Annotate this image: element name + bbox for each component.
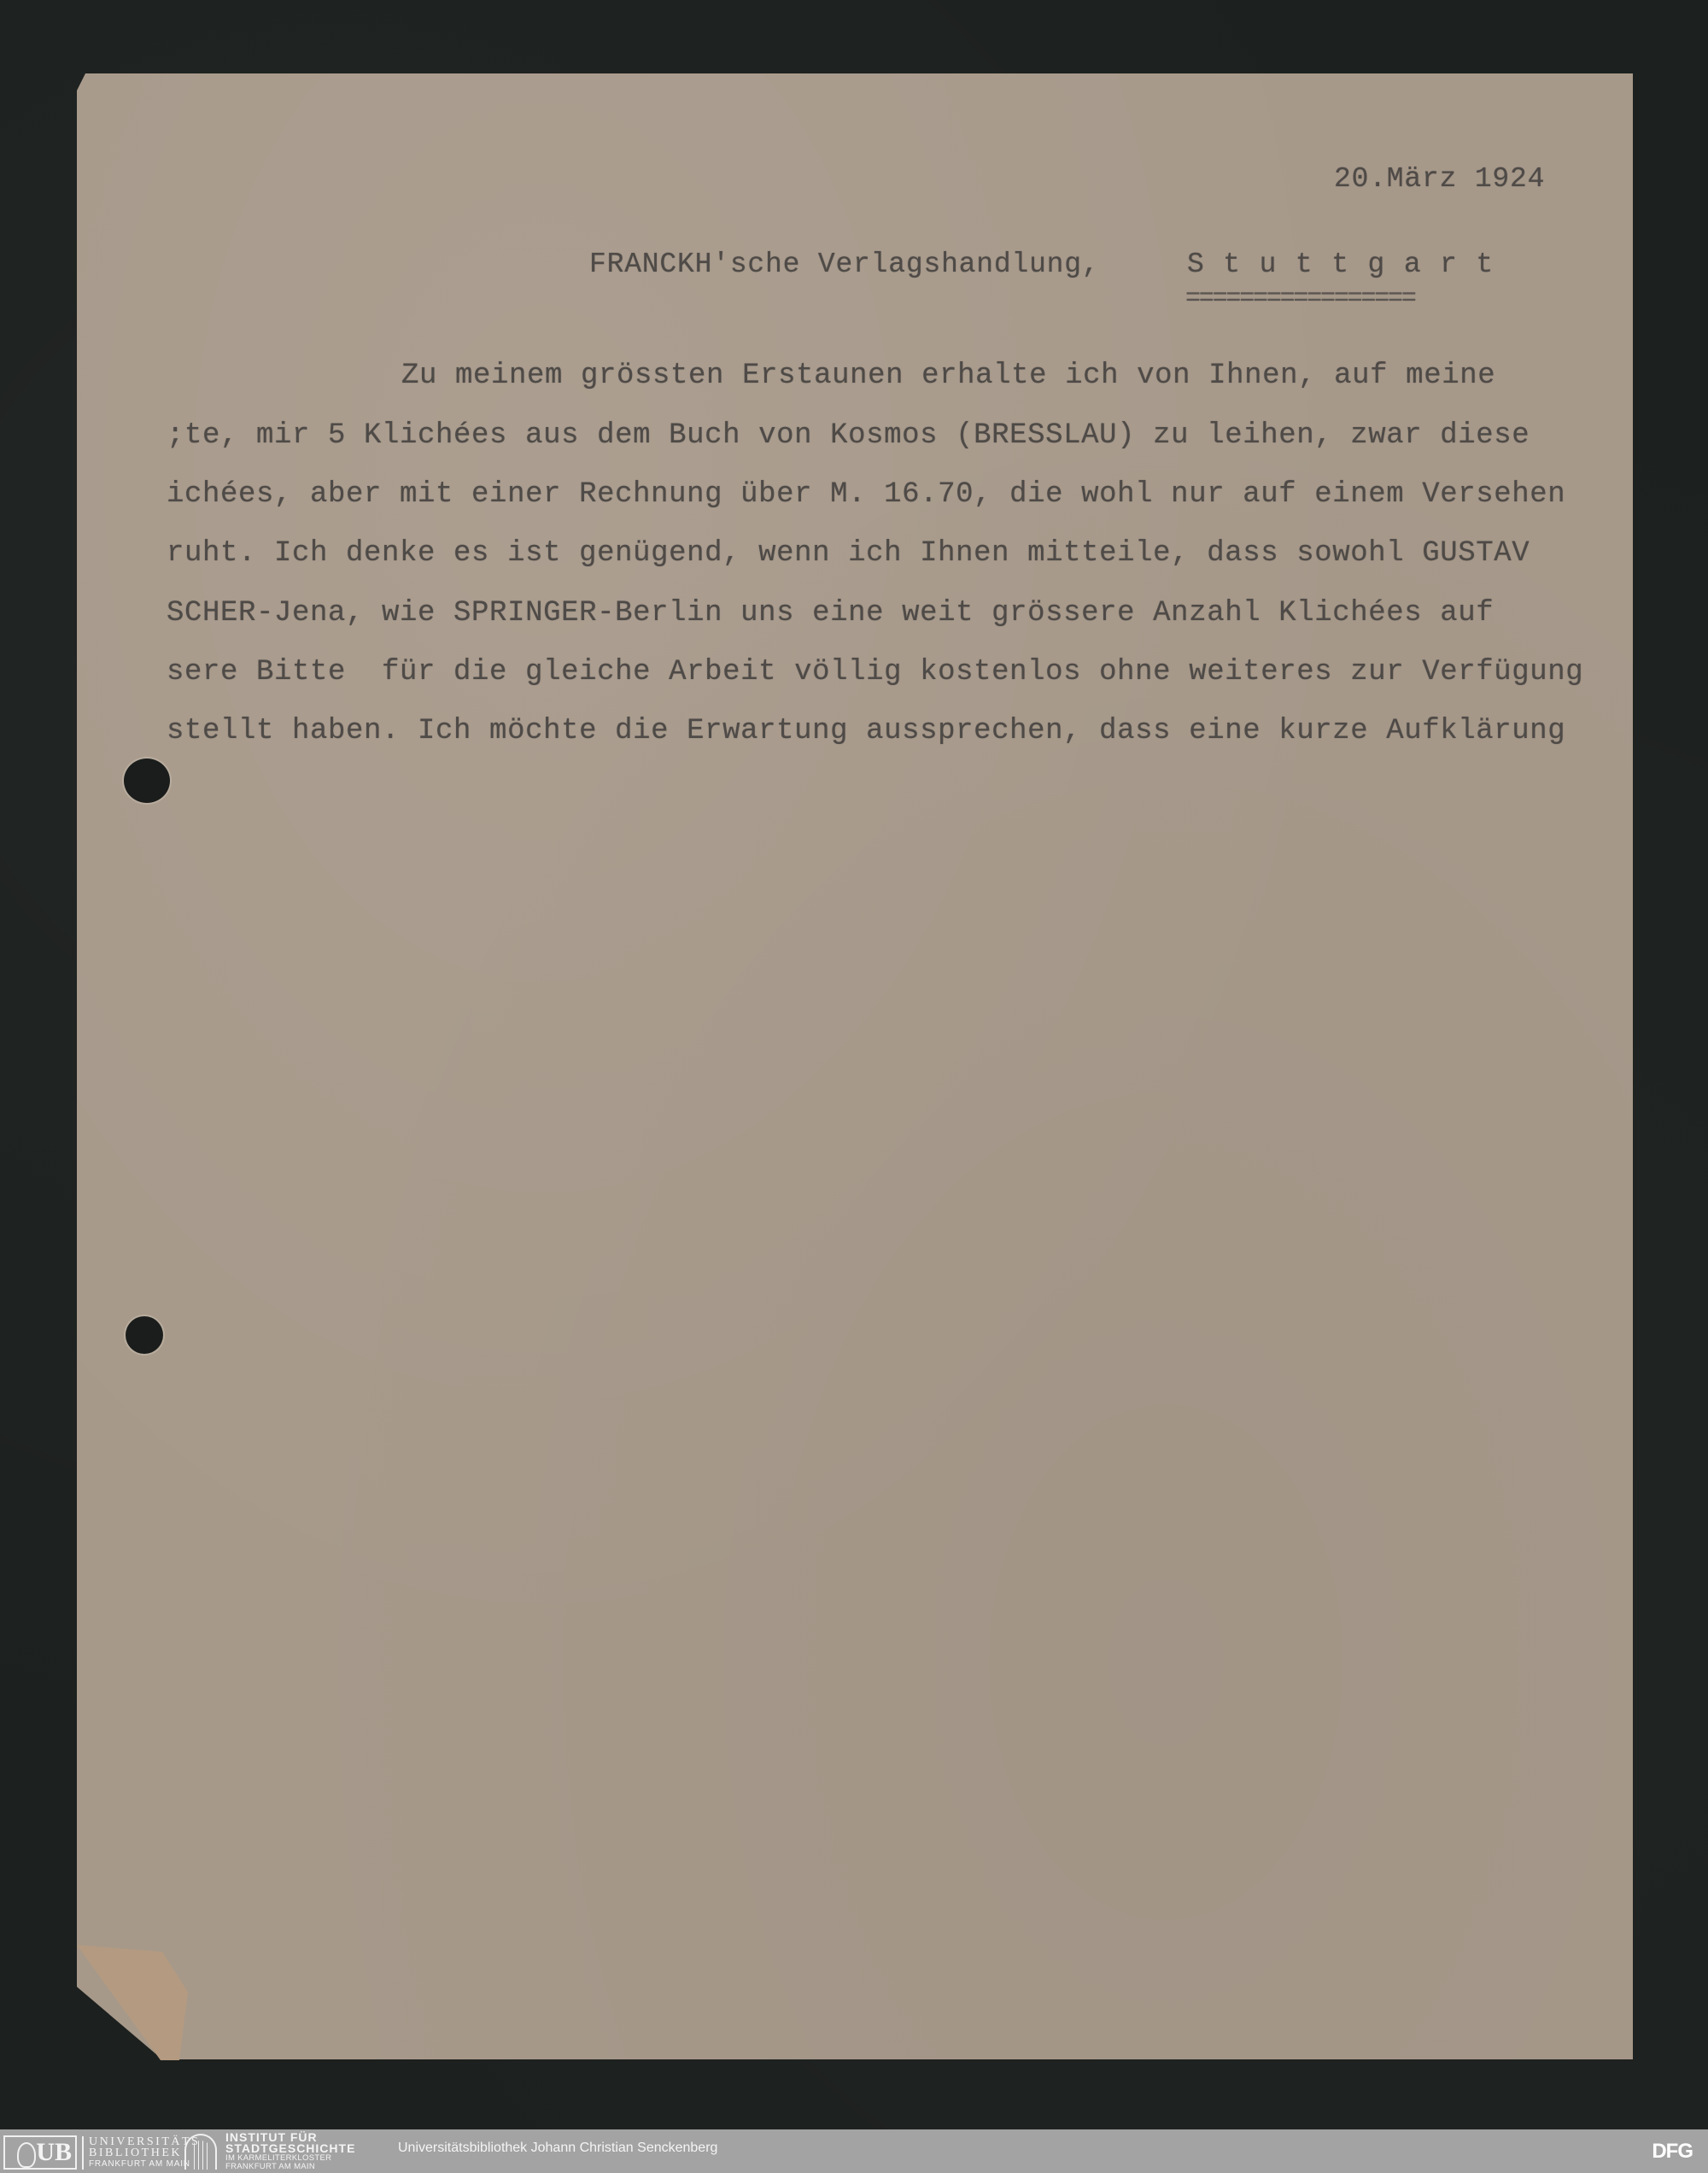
gothic-arch-icon	[184, 2134, 217, 2170]
ub-mark-text: UB	[36, 2138, 72, 2167]
letter-city: Stuttgart	[1187, 248, 1512, 282]
letter-date: 20.März 1924	[1334, 162, 1545, 196]
dfg-logo[interactable]: DFG	[1652, 2140, 1693, 2164]
library-name: Universitätsbibliothek Johann Christian …	[398, 2141, 717, 2156]
isg-line-4: FRANKFURT AM MAIN	[225, 2163, 355, 2171]
city-underline: =================	[1185, 282, 1415, 316]
body-line: ichées, aber mit einer Rechnung über M. …	[167, 477, 1565, 512]
ub-logo-text: UNIVERSITÄTS BIBLIOTHEK FRANKFURT AM MAI…	[82, 2136, 200, 2170]
ub-goethe-emblem-icon: UB	[3, 2135, 77, 2170]
body-line: Zu meinem grössten Erstaunen erhalte ich…	[401, 359, 1495, 393]
body-line: ruht. Ich denke es ist genügend, wenn ic…	[167, 536, 1530, 571]
body-line: sere Bitte für die gleiche Arbeit völlig…	[167, 655, 1583, 689]
portrait-icon	[17, 2142, 36, 2168]
ub-line-2: BIBLIOTHEK	[89, 2147, 200, 2158]
isg-institute-logo[interactable]: INSTITUT FÜR STADTGESCHICHTE IM KARMELIT…	[184, 2133, 355, 2170]
body-line: stellt haben. Ich möchte die Erwartung a…	[167, 714, 1565, 748]
punch-hole-bottom	[126, 1316, 163, 1354]
isg-logo-text: INSTITUT FÜR STADTGESCHICHTE IM KARMELIT…	[225, 2132, 355, 2171]
punch-hole-top	[124, 758, 170, 803]
footer-bar: UB UNIVERSITÄTS BIBLIOTHEK FRANKFURT AM …	[0, 2129, 1708, 2173]
ub-line-1: UNIVERSITÄTS	[89, 2136, 200, 2147]
body-line: ;te, mir 5 Klichées aus dem Buch von Kos…	[167, 419, 1530, 453]
ub-line-3: FRANKFURT AM MAIN	[89, 2158, 200, 2170]
body-line: SCHER-Jena, wie SPRINGER-Berlin uns eine…	[167, 596, 1494, 630]
letter-addressee: FRANCKH'sche Verlagshandlung,	[589, 248, 1100, 282]
ub-library-logo[interactable]: UB UNIVERSITÄTS BIBLIOTHEK FRANKFURT AM …	[3, 2135, 200, 2170]
